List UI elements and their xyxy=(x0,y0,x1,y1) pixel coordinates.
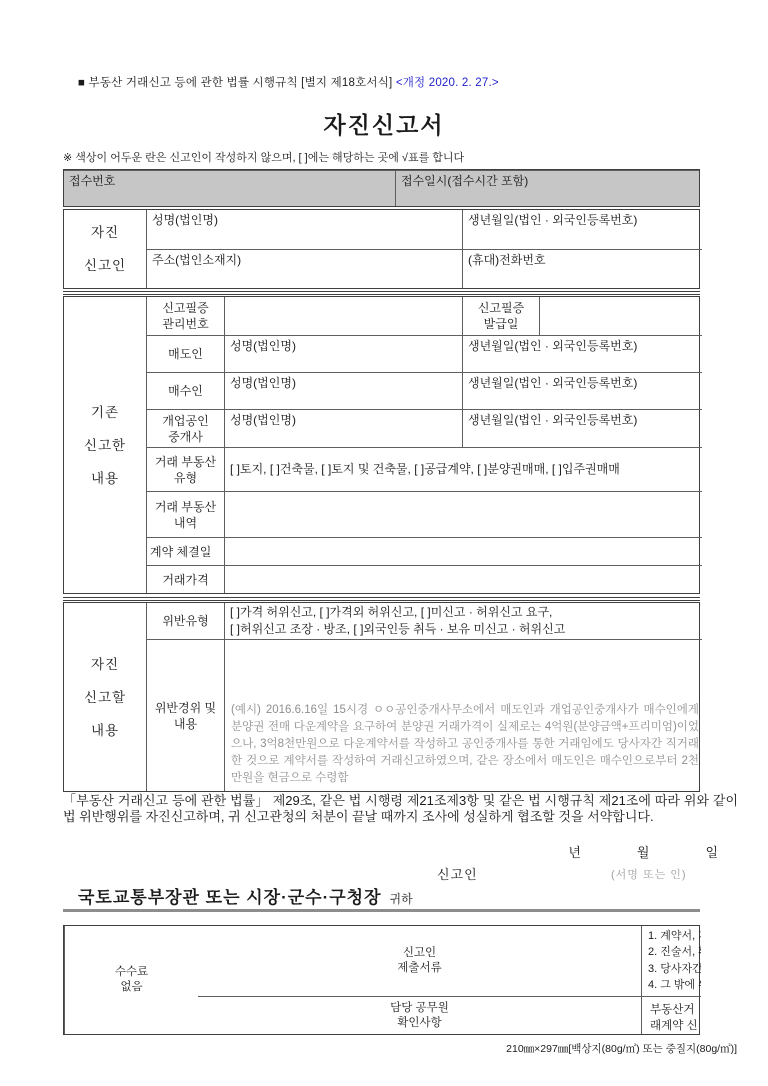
receipt-datetime-label: 접수일시(접수시간 포함) xyxy=(396,171,699,191)
addressee-title: 국토교통부장관 또는 시장·군수·구청장 xyxy=(78,883,382,908)
violation-example-text: (예시) 2016.6.16일 15시경 ㅇㅇ공인중개사무소에서 매도인과 개업… xyxy=(225,702,702,791)
reporter-name-label: 성명(법인명) xyxy=(147,210,462,230)
seller-birth-cell: 생년월일(법인 · 외국인등록번호) xyxy=(462,336,702,372)
property-type-label: 거래 부동산 유형 xyxy=(147,448,224,491)
attachment-item: 1. 계약서, 거짓신고 합의서, 입출금내역서 등 위반사실을 직접적으로 입… xyxy=(648,928,701,944)
violation-table: 자진 신고할 내용 위반유형 [ ]가격 허위신고, [ ]가격외 허위신고, … xyxy=(63,602,700,792)
attachment-item: 2. 진술서, 확인서, 그밖에 위반행위를 할 것을 논의하거나 실행한 사실… xyxy=(648,944,701,960)
attachment-item: 3. 당사자간 의사연락을 증명할 수 있는 전자우편, 통화기록, 팩스 수 … xyxy=(648,961,701,977)
day-label: 일 xyxy=(705,842,718,861)
reporter-name-cell: 성명(법인명) xyxy=(147,210,462,249)
price-label: 거래가격 xyxy=(147,566,224,593)
year-label: 년 xyxy=(568,842,581,861)
violation-type-label: 위반유형 xyxy=(147,603,224,639)
violation-type-options: [ ]가격 허위신고, [ ]가격외 허위신고, [ ]미신고 · 허위신고 요… xyxy=(224,603,702,639)
violation-example-cell: (예시) 2016.6.16일 15시경 ㅇㅇ공인중개사무소에서 매도인과 개업… xyxy=(224,640,702,791)
official-check-label: 담당 공무원 확인사항 xyxy=(198,996,642,1034)
official-check-value: 부동산거래계약 신고필증 xyxy=(642,996,701,1034)
declaration-paragraph: 「부동산 거래신고 등에 관한 법률」 제29조, 같은 법 시행령 제21조제… xyxy=(63,793,738,824)
contract-date-value-cell xyxy=(224,538,702,565)
month-label: 월 xyxy=(637,842,650,861)
document-page: ■ 부동산 거래신고 등에 관한 법률 시행규칙 [별지 제18호서식] <개정… xyxy=(0,0,768,1086)
buyer-label: 매수인 xyxy=(147,373,224,409)
section-label-existing: 기존 신고한 내용 xyxy=(64,297,146,593)
section-label-reporter: 자진 신고인 xyxy=(64,210,146,288)
existing-report-table: 기존 신고한 내용 신고필증 관리번호 신고필증 발급일 xyxy=(63,296,700,594)
fee-cell: 수수료 없음 xyxy=(64,926,198,1034)
buyer-name-cell: 성명(법인명) xyxy=(224,373,462,409)
section-divider xyxy=(63,291,700,295)
section-divider xyxy=(63,597,700,601)
addressee-divider xyxy=(63,909,700,912)
buyer-birth-cell: 생년월일(법인 · 외국인등록번호) xyxy=(462,373,702,409)
property-detail-label: 거래 부동산 내역 xyxy=(147,492,224,537)
attachments-table: 신고인 제출서류 1. 계약서, 거짓신고 합의서, 입출금내역서 등 위반사실… xyxy=(63,925,700,1035)
cert-number-value-cell xyxy=(224,297,462,335)
reporter-phone-cell: (휴대)전화번호 xyxy=(462,250,702,288)
reporter-table: 자진 신고인 성명(법인명) 생년월일(법인 · 외국인등록번호) 주소(법인소… xyxy=(63,209,700,289)
cert-issue-date-value-cell xyxy=(539,297,702,335)
signer-label: 신고인 xyxy=(437,864,478,883)
attachments-items: 1. 계약서, 거짓신고 합의서, 입출금내역서 등 위반사실을 직접적으로 입… xyxy=(642,926,701,996)
receipt-number-label: 접수번호 xyxy=(64,171,395,191)
date-line: 년 월 일 xyxy=(63,842,718,861)
signature-note: (서명 또는 인) xyxy=(611,866,687,882)
fill-instruction-note: ※ 색상이 어두운 란은 신고인이 작성하지 않으며, [ ]에는 해당하는 곳… xyxy=(63,149,464,165)
reporter-phone-label: (휴대)전화번호 xyxy=(463,250,702,270)
form-reference-line: ■ 부동산 거래신고 등에 관한 법률 시행규칙 [별지 제18호서식] <개정… xyxy=(78,74,499,90)
property-detail-value-cell xyxy=(224,492,702,537)
section-label-violation: 자진 신고할 내용 xyxy=(64,603,146,791)
property-type-options: [ ]토지, [ ]건축물, [ ]토지 및 건축물, [ ]공급계약, [ ]… xyxy=(224,448,702,491)
cert-number-label: 신고필증 관리번호 xyxy=(147,297,224,335)
form-reference-text: 부동산 거래신고 등에 관한 법률 시행규칙 [별지 제18호서식] xyxy=(85,77,396,89)
reporter-address-label: 주소(법인소재지) xyxy=(147,250,462,270)
agent-label: 개업공인 중개사 xyxy=(147,410,224,447)
seller-label: 매도인 xyxy=(147,336,224,372)
agent-birth-cell: 생년월일(법인 · 외국인등록번호) xyxy=(462,410,702,447)
seller-name-cell: 성명(법인명) xyxy=(224,336,462,372)
addressee-honorific: 귀하 xyxy=(390,890,413,907)
cert-issue-date-label: 신고필증 발급일 xyxy=(462,297,539,335)
reporter-birth-label: 생년월일(법인 · 외국인등록번호) xyxy=(463,210,702,230)
violation-detail-label: 위반경위 및 내용 xyxy=(147,640,224,791)
price-value-cell xyxy=(224,566,702,593)
agent-name-cell: 성명(법인명) xyxy=(224,410,462,447)
receipt-table: 접수번호 접수일시(접수시간 포함) xyxy=(63,169,700,207)
attachments-label: 신고인 제출서류 xyxy=(198,926,642,996)
page-title: 자진신고서 xyxy=(0,107,768,140)
addressee-line: 국토교통부장관 또는 시장·군수·구청장 귀하 xyxy=(78,883,413,908)
paper-spec-footer: 210㎜×297㎜[백상지(80g/㎡) 또는 중질지(80g/㎡)] xyxy=(0,1041,737,1056)
reporter-birth-cell: 생년월일(법인 · 외국인등록번호) xyxy=(462,210,702,249)
contract-date-label: 계약 체결일 xyxy=(147,538,224,565)
attachment-item: 4. 그 밖에 위반행위를 입증할 수 있는 자료 xyxy=(648,977,701,993)
reporter-address-cell: 주소(법인소재지) xyxy=(147,250,462,288)
revision-note: <개정 2020. 2. 27.> xyxy=(396,77,499,89)
